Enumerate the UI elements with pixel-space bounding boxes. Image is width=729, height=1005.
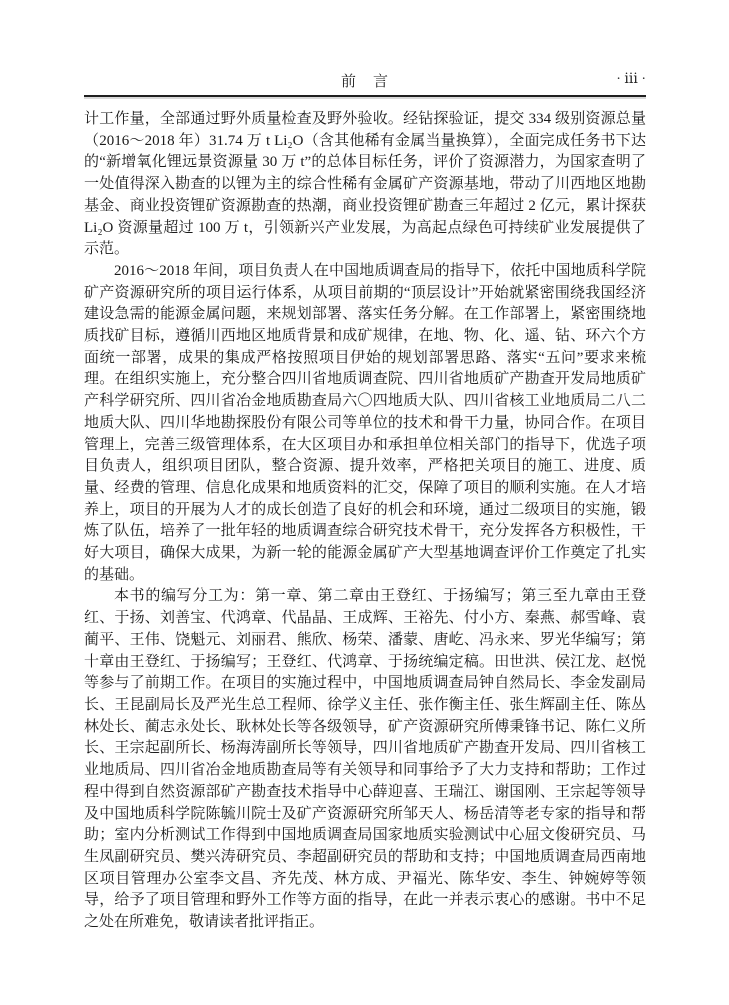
page-body: 计工作量，全部通过野外质量检查及野外验收。经钻探验证，提交 334 级别资源总量…: [84, 109, 646, 934]
header-rule: [84, 95, 646, 97]
page-number: · ⅲ ·: [616, 71, 646, 88]
page-header: 前 言 · ⅲ ·: [84, 68, 646, 92]
paragraph-project-operation: 2016～2018 年间，项目负责人在中国地质调查局的指导下，依托中国地质科学院…: [84, 261, 646, 587]
paragraph-acknowledgements: 本书的编写分工为：第一章、第二章由王登红、于扬编写；第三至九章由王登红、于扬、刘…: [84, 586, 646, 933]
running-head-title: 前 言: [341, 70, 389, 91]
paragraph-continuation: 计工作量，全部通过野外质量检查及野外验收。经钻探验证，提交 334 级别资源总量…: [84, 109, 646, 261]
document-page: 前 言 · ⅲ · 计工作量，全部通过野外质量检查及野外验收。经钻探验证，提交 …: [0, 0, 729, 1005]
